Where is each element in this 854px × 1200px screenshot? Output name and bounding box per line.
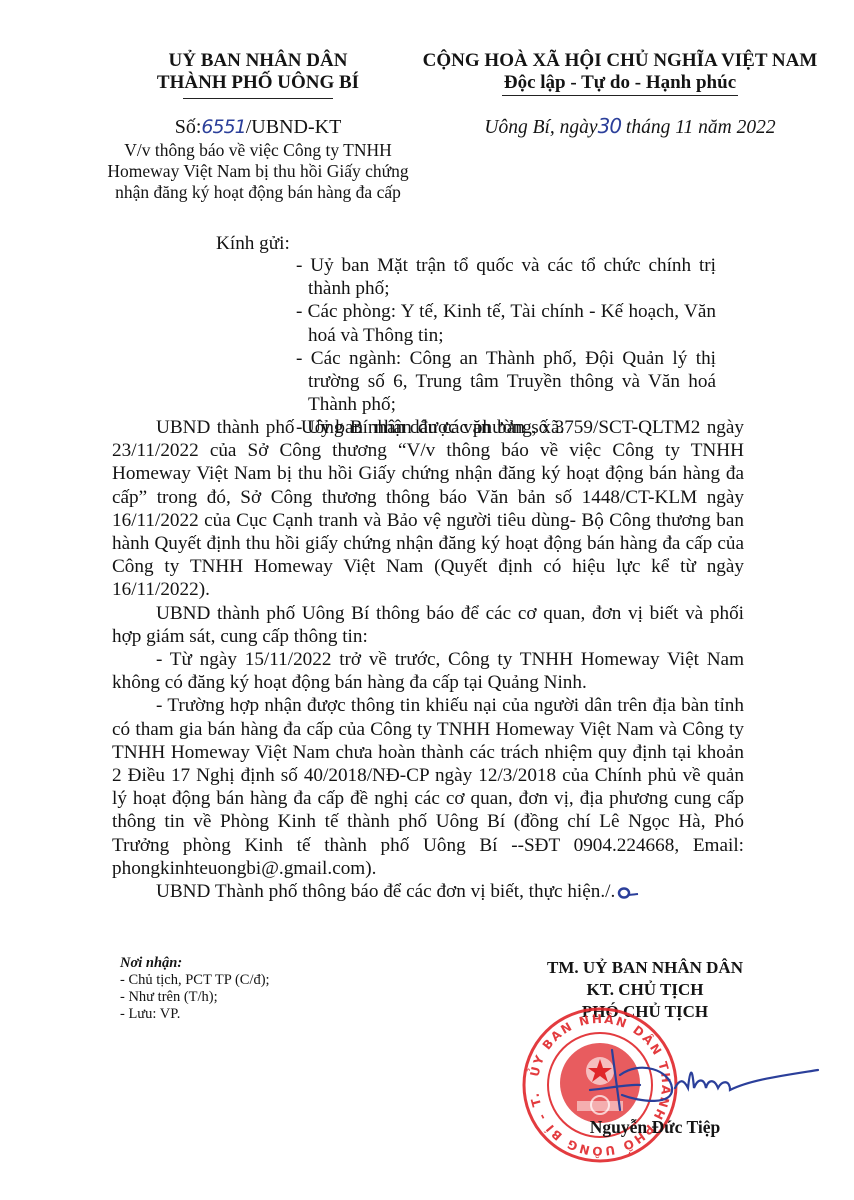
document-body: UBND thành phố Uông Bí nhận được văn bản… <box>112 416 744 903</box>
recipient-item: - Uỷ ban Mặt trận tổ quốc và các tổ chức… <box>296 254 716 300</box>
document-subject: V/v thông báo về việc Công ty TNHH Homew… <box>68 140 448 203</box>
body-paragraph-1: UBND thành phố Uông Bí nhận được văn bản… <box>112 416 744 602</box>
motto: Độc lập - Tự do - Hạnh phúc <box>420 72 820 94</box>
distribution-item: - Như trên (T/h); <box>120 989 270 1006</box>
authority-underline <box>183 98 333 99</box>
recipient-list: - Uỷ ban Mặt trận tổ quốc và các tổ chức… <box>296 254 716 440</box>
body-bullet-2: - Trường hợp nhận được thông tin khiếu n… <box>112 694 744 880</box>
closing-paragraph: UBND Thành phố thông báo để các đơn vị b… <box>112 880 744 903</box>
recipient-item: - Các phòng: Y tế, Kinh tế, Tài chính - … <box>296 300 716 346</box>
date-rest: tháng 11 năm 2022 <box>621 117 776 138</box>
sign-title-1: TM. UỶ BAN NHÂN DÂN <box>500 957 790 979</box>
sign-title-2: KT. CHỦ TỊCH <box>500 979 790 1001</box>
doc-number-suffix: /UBND-KT <box>246 116 342 138</box>
body-paragraph-2: UBND thành phố Uông Bí thông báo để các … <box>112 602 744 648</box>
motto-underline <box>502 95 738 96</box>
signer-name: Nguyễn Đức Tiệp <box>555 1117 755 1138</box>
subject-line: Homeway Việt Nam bị thu hồi Giấy chứng <box>68 161 448 182</box>
distribution-item: - Lưu: VP. <box>120 1006 270 1023</box>
subject-line: V/v thông báo về việc Công ty TNHH <box>68 140 448 161</box>
body-bullet-1: - Từ ngày 15/11/2022 trở về trước, Công … <box>112 648 744 694</box>
doc-number-prefix: Số: <box>175 116 202 138</box>
issuing-authority-header: UỶ BAN NHÂN DÂN THÀNH PHỐ UÔNG BÍ <box>108 50 408 99</box>
handwritten-number: 6551 <box>201 116 245 138</box>
subject-line: nhận đăng ký hoạt động bán hàng đa cấp <box>68 182 448 203</box>
date-place: Uông Bí, ngày <box>484 117 597 138</box>
nation-name: CỘNG HOÀ XÃ HỘI CHỦ NGHĨA VIỆT NAM <box>420 50 820 72</box>
handwritten-day: 30 <box>598 114 621 138</box>
issue-date: Uông Bí, ngày30 tháng 11 năm 2022 <box>440 114 820 140</box>
authority-line-1: UỶ BAN NHÂN DÂN <box>108 50 408 72</box>
distribution-title: Nơi nhận: <box>120 955 270 972</box>
distribution-list: Nơi nhận: - Chủ tịch, PCT TP (C/đ); - Nh… <box>120 955 270 1023</box>
closing-text: UBND Thành phố thông báo để các đơn vị b… <box>156 881 615 902</box>
greeting: Kính gửi: <box>216 232 290 255</box>
authority-line-2: THÀNH PHỐ UÔNG BÍ <box>108 72 408 94</box>
document-number: Số:6551/UBND-KT <box>108 115 408 139</box>
initial-mark-icon <box>617 887 639 899</box>
recipient-item: - Các ngành: Công an Thành phố, Đội Quản… <box>296 347 716 417</box>
national-motto-header: CỘNG HOÀ XÃ HỘI CHỦ NGHĨA VIỆT NAM Độc l… <box>420 50 820 96</box>
distribution-item: - Chủ tịch, PCT TP (C/đ); <box>120 972 270 989</box>
